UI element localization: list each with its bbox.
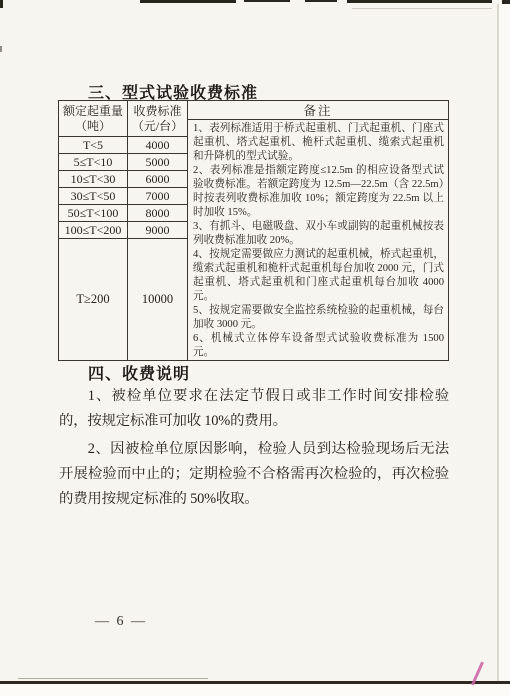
remark-note: 3、有抓斗、电磁吸盘、双小车或副钩的起重机械按表列收费标准加收 20%。 [193,220,444,248]
table-column-fee: 收费标准 （元/台） 4000 5000 6000 7000 8000 9000… [128,101,188,360]
table-row-range: 100≤T<200 [59,222,127,239]
fee-note-paragraph: 1、被检单位要求在法定节假日或非工作时间安排检验的，按规定标准可加收 10%的费… [59,384,449,434]
table-row-fee: 7000 [128,188,187,205]
scan-artifact-top-strip [305,0,337,2]
header-line: 收费标准 [133,104,181,119]
scan-artifact-left-edge [0,0,3,8]
header-line: 额定起重量 [63,104,123,119]
table-row-range: T≥200 [59,239,127,360]
header-line: （元/台） [132,119,183,134]
scan-artifact-top-strip [244,0,290,2]
table-row-fee: 8000 [128,205,187,222]
table-row-range: 50≤T<100 [59,205,127,222]
scan-artifact-top-shadow [352,8,492,9]
table-row-range: T<5 [59,137,127,154]
page-fold-line [497,4,499,682]
column-header-rated-load: 额定起重量 （吨） [59,101,127,137]
table-row-fee: 10000 [128,239,187,360]
column-header-remarks: 备注 [188,101,448,120]
table-row-range: 5≤T<10 [59,154,127,171]
page-number: — 6 — [95,614,147,630]
table-row-fee: 5000 [128,154,187,171]
remarks-cell: 1、表列标准适用于桥式起重机、门式起重机、门座式起重机、塔式起重机、桅杆式起重机… [188,120,448,360]
scan-artifact-top-strip [347,0,492,3]
header-line: （吨） [75,119,111,134]
table-row-fee: 4000 [128,137,187,154]
fee-note-paragraph: 2、因被检单位原因影响，检验人员到达检验现场后无法开展检验而中止的；定期检验不合… [59,437,449,512]
remark-note: 2、表列标准是指额定跨度≤12.5m 的相应设备型式试验收费标准。若额定跨度为 … [193,164,444,220]
fee-notes-body: 1、被检单位要求在法定节假日或非工作时间安排检验的，按规定标准可加收 10%的费… [59,384,449,515]
remark-note: 6、机械式立体停车设备型式试验收费标准为 1500 元。 [193,332,444,360]
scanned-document-page: 三、型式试验收费标准 额定起重量 （吨） T<5 5≤T<10 10≤T<30 … [0,0,510,696]
column-header-fee: 收费标准 （元/台） [128,101,187,137]
section4-title: 四、收费说明 [88,361,190,384]
table-row-fee: 6000 [128,171,187,188]
table-row-fee: 9000 [128,222,187,239]
remark-note: 1、表列标准适用于桥式起重机、门式起重机、门座式起重机、塔式起重机、桅杆式起重机… [193,122,444,164]
scan-artifact-left-edge [0,46,2,52]
scan-artifact-top-strip [140,0,236,3]
page-bottom-edge-shadow [18,678,208,679]
table-row-range: 30≤T<50 [59,188,127,205]
table-column-remarks: 备注 1、表列标准适用于桥式起重机、门式起重机、门座式起重机、塔式起重机、桅杆式… [188,101,448,360]
type-test-fee-table: 额定起重量 （吨） T<5 5≤T<10 10≤T<30 30≤T<50 50≤… [58,100,449,361]
table-column-rated-load: 额定起重量 （吨） T<5 5≤T<10 10≤T<30 30≤T<50 50≤… [59,101,128,360]
remark-note: 5、按规定需要做安全监控系统检验的起重机械，每台加收 3000 元。 [193,304,444,332]
remark-note: 4、按规定需要做应力测试的起重机械，桥式起重机，缆索式起重机和桅杆式起重机每台加… [193,248,444,304]
table-row-range: 10≤T<30 [59,171,127,188]
scanner-background [0,684,510,696]
page-right-margin [499,4,510,682]
